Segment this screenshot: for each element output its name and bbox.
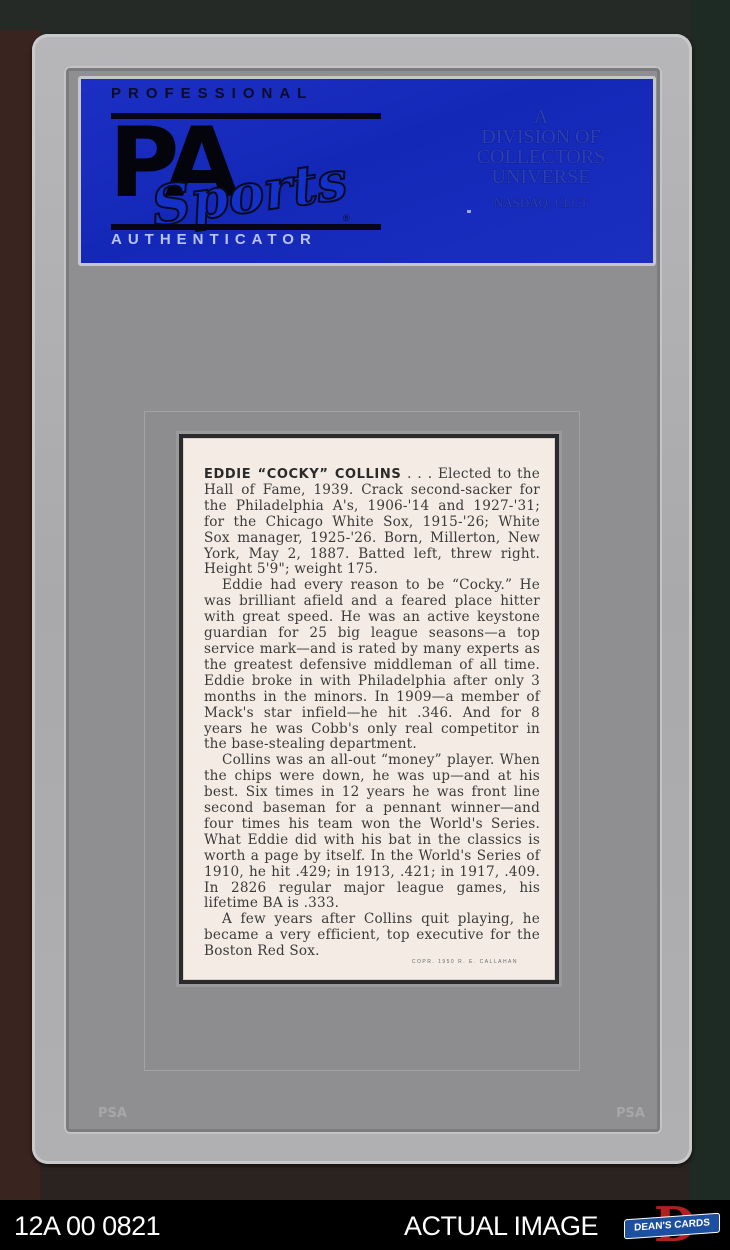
footer-bar: 12A 00 0821 ACTUAL IMAGE D DEAN'S CARDS [0, 1200, 730, 1250]
player-name: EDDIE “COCKY” COLLINS [204, 467, 401, 482]
psa-watermark-icon: PSA [616, 1106, 645, 1121]
copyright-line: COPR. 1950 R. E. CALLAHAN [412, 959, 518, 965]
actual-image-label: ACTUAL IMAGE [404, 1211, 598, 1242]
bio-intro: EDDIE “COCKY” COLLINS . . . Elected to t… [204, 467, 540, 578]
label-divider [111, 224, 381, 230]
logo-banner: DEAN'S CARDS [624, 1213, 720, 1240]
psa-watermark-icon: PSA [98, 1106, 127, 1121]
label-top-text: PROFESSIONAL [111, 85, 313, 102]
label-bottom-text: AUTHENTICATOR [111, 231, 317, 248]
card-holder-clip [228, 980, 498, 984]
card-holder-clip [228, 432, 498, 436]
ticker-text: NASDAQ: CLCT [461, 193, 621, 213]
registered-mark-icon: ® [343, 213, 350, 223]
division-line: A [461, 107, 621, 127]
bio-intro-text: . . . Elected to the Hall of Fame, 1939.… [204, 466, 540, 577]
cert-number: 12A 00 0821 [14, 1211, 160, 1242]
bio-paragraph: Collins was an all-out “money” player. W… [204, 753, 540, 912]
bio-paragraph: Eddie had every reason to be “Cocky.” He… [204, 578, 540, 753]
card-bio: EDDIE “COCKY” COLLINS . . . Elected to t… [204, 467, 540, 960]
background-right [690, 0, 730, 1200]
psa-label: PROFESSIONAL PA Sports ® AUTHENTICATOR A… [78, 76, 656, 266]
division-line: UNIVERSE [461, 167, 621, 187]
baseball-card-back: EDDIE “COCKY” COLLINS . . . Elected to t… [183, 438, 555, 980]
division-text: A DIVISION OF COLLECTORS UNIVERSE NASDAQ… [461, 107, 621, 213]
deans-cards-logo: D DEAN'S CARDS [624, 1204, 720, 1248]
division-line: DIVISION OF [461, 127, 621, 147]
bio-paragraph: A few years after Collins quit playing, … [204, 912, 540, 960]
division-line: COLLECTORS [461, 147, 621, 167]
